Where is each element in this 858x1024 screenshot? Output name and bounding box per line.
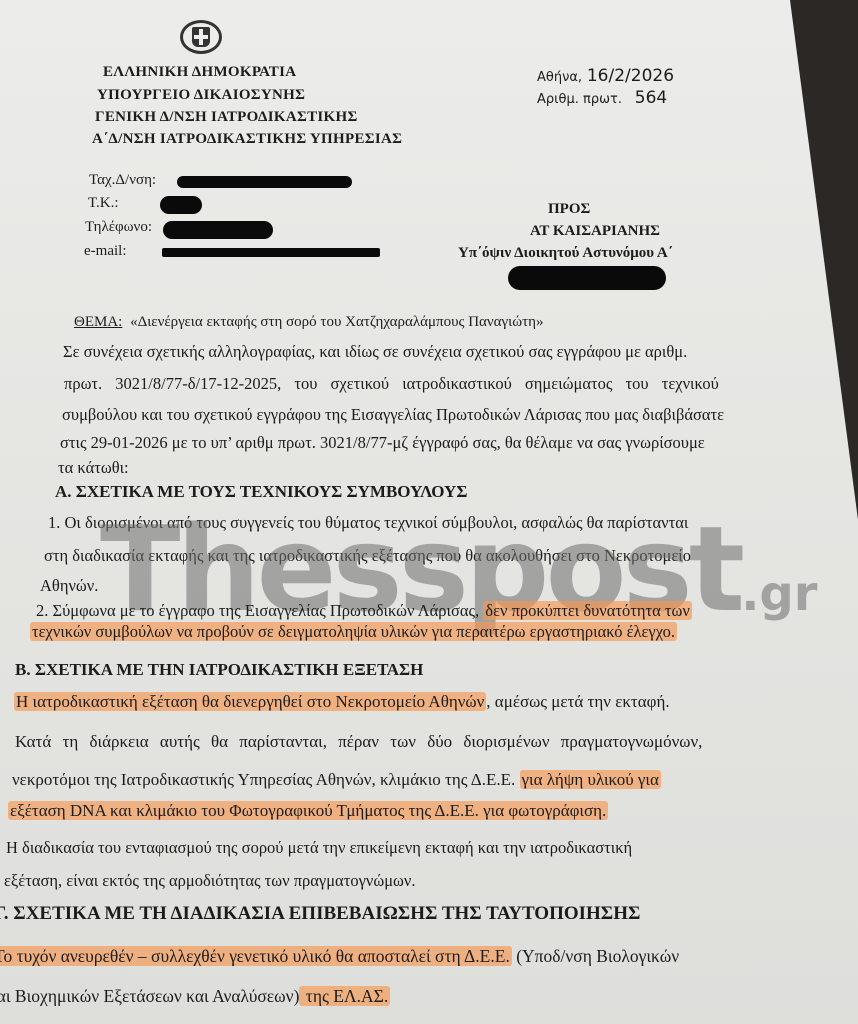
section-b-line6: εξέταση, είναι εκτός της αρμοδιότητας τω…	[4, 871, 416, 891]
highlight-exam-location: Η ιατροδικαστική εξέταση θα διενεργηθεί …	[14, 692, 486, 711]
header-line-2: ΥΠΟΥΡΓΕΙΟ ΔΙΚΑΙΟΣΥΝΗΣ	[97, 87, 305, 104]
date-value: 16/2/2026	[587, 66, 674, 86]
section-b-line3: νεκροτόμοι της Ιατροδικαστικής Υπηρεσίας…	[12, 770, 661, 790]
phone-label: Τηλέφωνο:	[85, 219, 152, 236]
highlight-no-sampling-1: δεν προκύπτει δυνατότητα των	[483, 601, 692, 620]
subject-label: ΘΕΜΑ:	[74, 314, 122, 330]
redaction-email	[162, 248, 380, 257]
section-a-p2-line2: τεχνικών συμβούλων να προβούν σε δειγματ…	[30, 622, 677, 642]
section-a-p1-line3: Αθηνών.	[40, 576, 98, 596]
address-label: Ταχ.Δ/νση:	[89, 172, 156, 189]
section-a-p2-line1: 2. Σύμφωνα με το έγγραφο της Εισαγγελίας…	[36, 601, 692, 621]
section-a-title: Α. ΣΧΕΤΙΚΑ ΜΕ ΤΟΥΣ ΤΕΧΝΙΚΟΥΣ ΣΥΜΒΟΥΛΟΥΣ	[55, 482, 467, 502]
highlight-dna-1: για λήψη υλικού για	[520, 770, 661, 789]
recipient-name: ΑΤ ΚΑΙΣΑΡΙΑΝΗΣ	[530, 223, 660, 240]
section-b-line1: Η ιατροδικαστική εξέταση θα διενεργηθεί …	[14, 692, 670, 712]
section-c-line2: και Βιοχημικών Εξετάσεων και Αναλύσεων) …	[0, 986, 390, 1007]
section-a-p1-line2: στη διαδικασία εκταφής και της ιατροδικα…	[44, 546, 691, 566]
date-label: Αθήνα,	[537, 70, 582, 85]
redaction-officer-name	[508, 266, 666, 290]
postcode-label: Τ.Κ.:	[88, 195, 119, 212]
protocol-label: Αριθμ. πρωτ.	[537, 92, 622, 107]
section-a-p2-text: 2. Σύμφωνα με το έγγραφο της Εισαγγελίας…	[36, 601, 479, 620]
section-b-line1-rest: , αμέσως μετά την εκταφή.	[486, 692, 669, 711]
header-line-4: Α΄Δ/ΝΣΗ ΙΑΤΡΟΔΙΚΑΣΤΙΚΗΣ ΥΠΗΡΕΣΙΑΣ	[92, 131, 402, 148]
section-c-line1-rest: (Υποδ/νση Βιολογικών	[512, 946, 679, 966]
section-c-line1: Το τυχόν ανευρεθέν – συλλεχθέν γενετικό …	[0, 946, 679, 967]
intro-line-4: στις 29-01-2026 με το υπ’ αριθμ πρωτ. 30…	[60, 433, 705, 453]
intro-line-1: Σε συνέχεια σχετικής αλληλογραφίας, και …	[63, 342, 687, 362]
section-b-line5: Η διαδικασία του ενταφιασμού της σορού μ…	[6, 838, 632, 858]
header-line-3: ΓΕΝΙΚΗ Δ/ΝΣΗ ΙΑΤΡΟΔΙΚΑΣΤΙΚΗΣ	[95, 109, 358, 126]
intro-line-2: πρωτ. 3021/8/77-δ/17-12-2025, του σχετικ…	[64, 374, 719, 394]
email-label: e-mail:	[84, 243, 126, 260]
highlight-dna-2: εξέταση DNA και κλιμάκιο του Φωτογραφικο…	[8, 801, 608, 820]
section-c-title: Γ. ΣΧΕΤΙΚΑ ΜΕ ΤΗ ΔΙΑΔΙΚΑΣΙΑ ΕΠΙΒΕΒΑΙΩΣΗΣ…	[0, 903, 640, 925]
recipient-attention: Υπ΄όψιν Διοικητού Αστυνόμου Α΄	[458, 245, 673, 262]
redaction-postcode	[160, 196, 202, 214]
section-b-line2: Κατά τη διάρκεια αυτής θα παρίστανται, π…	[15, 732, 702, 752]
header-line-1: ΕΛΛΗΝΙΚΗ ΔΗΜΟΚΡΑΤΙΑ	[103, 64, 296, 81]
section-b-title: Β. ΣΧΕΤΙΚΑ ΜΕ ΤΗΝ ΙΑΤΡΟΔΙΚΑΣΤΙΚΗ ΕΞΕΤΑΣΗ	[15, 660, 423, 680]
protocol-line: Αριθμ. πρωτ. 564	[537, 88, 667, 108]
section-c-line2-text: και Βιοχημικών Εξετάσεων και Αναλύσεων)	[0, 986, 299, 1006]
highlight-no-sampling-2: τεχνικών συμβούλων να προβούν σε δειγματ…	[30, 622, 677, 641]
subject-line: ΘΕΜΑ: «Διενέργεια εκταφής στη σορό του Χ…	[74, 314, 543, 331]
redaction-address	[177, 176, 352, 188]
intro-line-3: συμβούλου και του σχετικού εγγράφου της …	[62, 405, 724, 425]
section-a-p1-line1: 1. Οι διορισμένοι από τους συγγενείς του…	[48, 513, 688, 533]
section-b-line3-text: νεκροτόμοι της Ιατροδικαστικής Υπηρεσίας…	[12, 770, 515, 789]
redaction-phone	[163, 221, 273, 239]
highlight-elas: της ΕΛ.ΑΣ.	[299, 986, 390, 1006]
section-b-line4: εξέταση DNA και κλιμάκιο του Φωτογραφικο…	[8, 801, 608, 821]
highlight-genetic-material: Το τυχόν ανευρεθέν – συλλεχθέν γενετικό …	[0, 946, 512, 966]
coat-of-arms-icon	[180, 20, 222, 54]
date-line: Αθήνα, 16/2/2026	[537, 66, 674, 86]
subject-text: «Διενέργεια εκταφής στη σορό του Χατζηχα…	[130, 314, 543, 330]
protocol-number: 564	[635, 88, 667, 108]
recipient-to: ΠΡΟΣ	[548, 201, 590, 218]
intro-line-5: τα κάτωθι:	[58, 458, 129, 478]
